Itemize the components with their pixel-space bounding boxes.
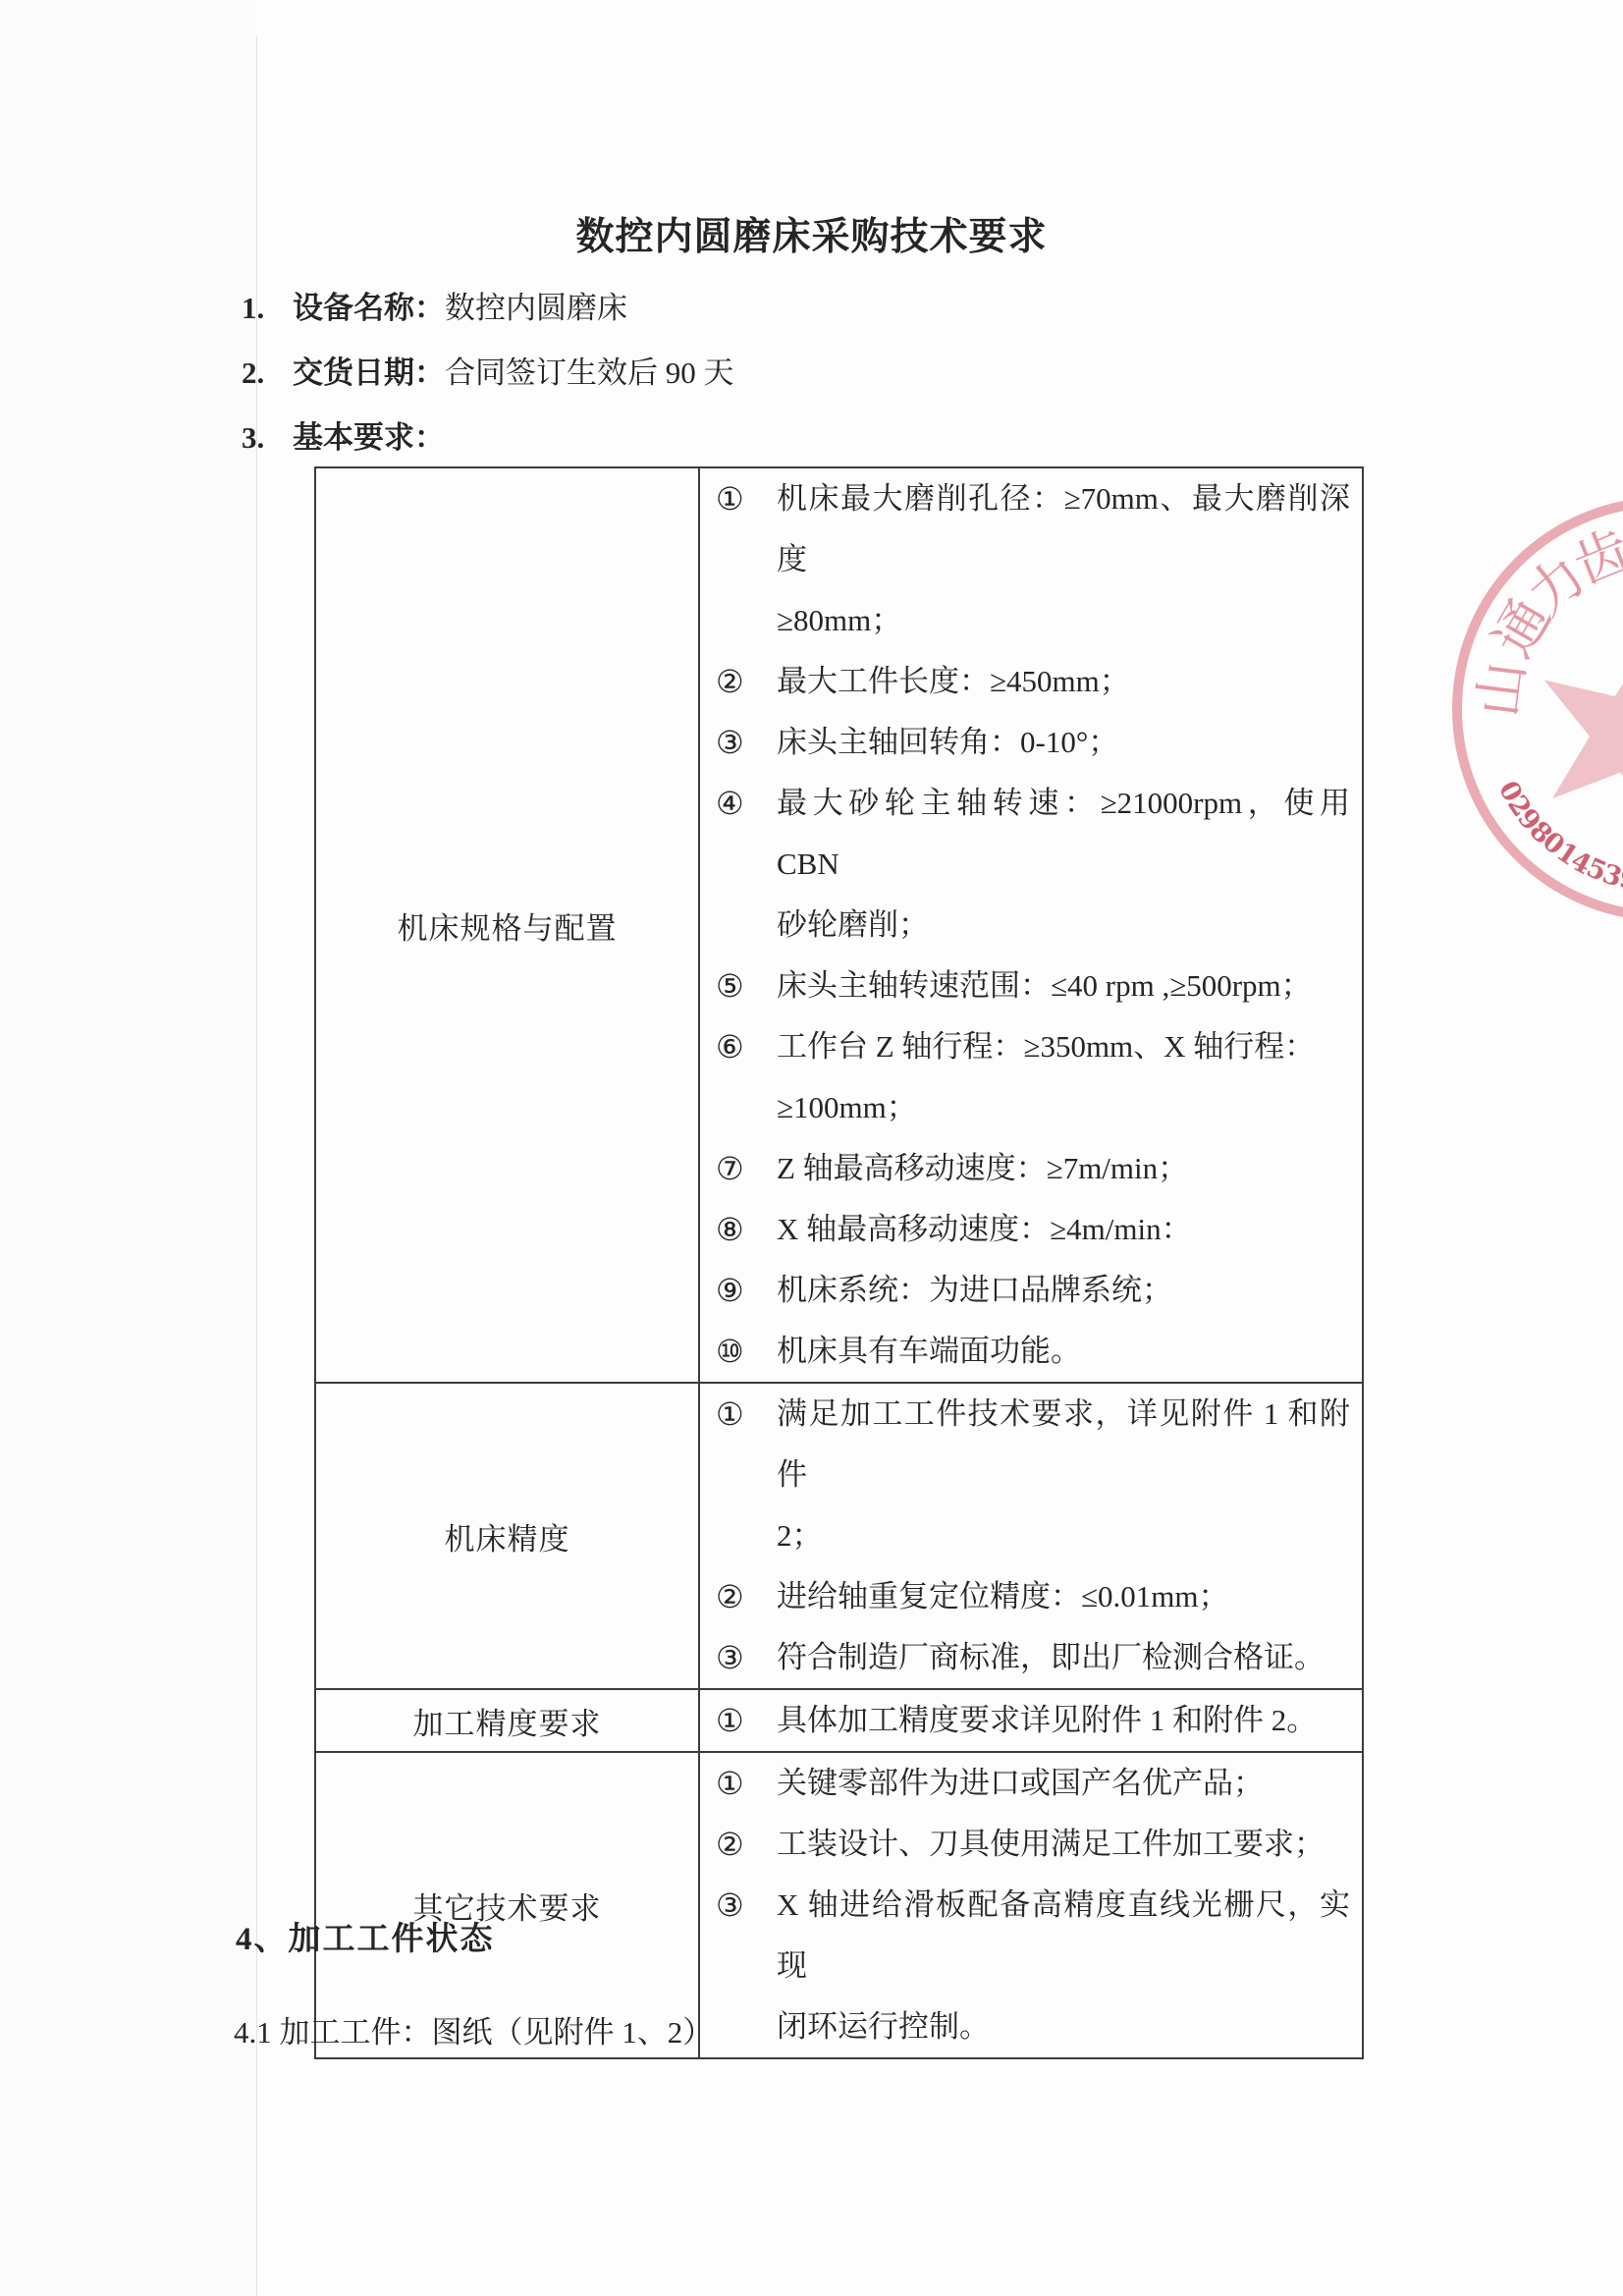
seal-serial-digit: 8 — [1523, 815, 1557, 849]
table-row: 加工精度要求 ①具体加工精度要求详见附件 1 和附件 2。 — [315, 1689, 1363, 1752]
circled-number: ② — [716, 1566, 777, 1627]
requirement-item: ④最大砂轮主轴转速：≥21000rpm，使用 CBN 砂轮磨削； — [716, 773, 1350, 956]
requirement-item: ②工装设计、刀具使用满足工件加工要求； — [716, 1814, 1350, 1875]
numbered-item-3: 3.基本要求： — [242, 412, 445, 457]
requirement-item: ②进给轴重复定位精度：≤0.01mm； — [716, 1566, 1350, 1627]
requirement-text: 最大砂轮主轴转速：≥21000rpm，使用 CBN 砂轮磨削； — [777, 773, 1350, 956]
seal-arc-char: 力 — [1517, 545, 1598, 628]
requirement-text: 最大工件长度：≥450mm； — [777, 651, 1350, 712]
circled-number: ④ — [716, 773, 777, 834]
circled-number: ① — [716, 1753, 777, 1814]
numbered-item-2: 2.交货日期：合同签订生效后 90 天 — [242, 348, 734, 392]
requirement-text: X 轴最高移动速度：≥4m/min： — [777, 1199, 1350, 1260]
requirements-cell: ①具体加工精度要求详见附件 1 和附件 2。 — [699, 1689, 1363, 1752]
requirement-text: 符合制造厂商标准，即出厂检测合格证。 — [777, 1627, 1350, 1688]
circled-number: ⑤ — [716, 956, 777, 1016]
requirements-cell: ①机床最大磨削孔径：≥70mm、最大磨削深度 ≥80mm； ②最大工件长度：≥4… — [699, 467, 1363, 1383]
circled-number: ① — [716, 468, 777, 529]
seal-serial-digit: 2 — [1501, 791, 1537, 823]
table-row: 机床规格与配置 ①机床最大磨削孔径：≥70mm、最大磨削深度 ≥80mm； ②最… — [315, 467, 1363, 1383]
requirement-item: ①具体加工精度要求详见附件 1 和附件 2。 — [716, 1690, 1350, 1751]
item-value: 数控内圆磨床 — [445, 291, 627, 325]
circled-number: ⑧ — [716, 1199, 777, 1260]
category-cell: 机床精度 — [315, 1383, 699, 1689]
circled-number: ① — [716, 1384, 777, 1445]
requirement-item: ⑩机床具有车端面功能。 — [716, 1321, 1350, 1382]
page-edge-shading — [0, 0, 256, 2296]
seal-serial-digit: 1 — [1551, 837, 1584, 872]
circled-number: ⑦ — [716, 1138, 777, 1199]
requirement-item: ③床头主轴回转角：0-10°； — [716, 712, 1350, 773]
requirement-item: ⑥工作台 Z 轴行程：≥350mm、X 轴行程： ≥100mm； — [716, 1016, 1350, 1138]
circled-number: ⑥ — [716, 1016, 777, 1077]
seal-serial-digit: 0 — [1492, 776, 1528, 806]
requirement-text: 床头主轴回转角：0-10°； — [777, 712, 1350, 773]
doc-title: 数控内圆磨床采购技术要求 — [0, 206, 1623, 261]
seal-serial-digit: 3 — [1598, 858, 1623, 893]
seal-serial-digit: 0 — [1537, 826, 1570, 861]
item-number: 3. — [242, 420, 293, 456]
document-page: 数控内圆磨床采购技术要求 1.设备名称：数控内圆磨床 2.交货日期：合同签订生效… — [0, 0, 1623, 2296]
requirement-text: 工作台 Z 轴行程：≥350mm、X 轴行程： ≥100mm； — [777, 1016, 1350, 1138]
requirement-text: Z 轴最高移动速度：≥7m/min； — [777, 1138, 1350, 1199]
circled-number: ① — [716, 1690, 777, 1751]
circled-number: ② — [716, 651, 777, 712]
requirement-text: 机床具有车端面功能。 — [777, 1321, 1350, 1382]
item-label: 基本要求： — [293, 420, 445, 455]
requirement-text: 具体加工精度要求详见附件 1 和附件 2。 — [777, 1690, 1350, 1751]
requirement-text: 床头主轴转速范围：≤40 rpm ,≥500rpm； — [777, 956, 1350, 1016]
seal-arc-char: 山 — [1469, 658, 1536, 720]
requirement-item: ⑨机床系统：为进口品牌系统； — [716, 1260, 1350, 1321]
seal-arc-char: 通 — [1483, 589, 1563, 667]
seal-serial-digit: 5 — [1582, 852, 1610, 888]
item-value: 合同签订生效后 90 天 — [445, 355, 734, 390]
category-cell: 加工精度要求 — [315, 1689, 699, 1752]
requirements-cell: ①关键零部件为进口或国产名优产品； ②工装设计、刀具使用满足工件加工要求； ③X… — [699, 1752, 1363, 2058]
circled-number: ③ — [716, 712, 777, 773]
requirement-item: ③X 轴进给滑板配备高精度直线光栅尺，实现 闭环运行控制。 — [716, 1875, 1350, 2057]
circled-number: ⑩ — [716, 1321, 777, 1382]
requirement-item: ③符合制造厂商标准，即出厂检测合格证。 — [716, 1627, 1350, 1688]
requirement-text: 关键零部件为进口或国产名优产品； — [777, 1753, 1350, 1814]
section-4-1-line: 4.1 加工工件：图纸（见附件 1、2） — [234, 2007, 713, 2051]
requirement-item: ①满足加工工件技术要求，详见附件 1 和附件 2； — [716, 1384, 1350, 1566]
requirement-text: 机床系统：为进口品牌系统； — [777, 1260, 1350, 1321]
requirement-item: ⑧X 轴最高移动速度：≥4m/min： — [716, 1199, 1350, 1260]
item-label: 设备名称： — [293, 291, 445, 325]
requirement-text: 工装设计、刀具使用满足工件加工要求； — [777, 1814, 1350, 1875]
circled-number: ② — [716, 1814, 777, 1875]
requirement-text: X 轴进给滑板配备高精度直线光栅尺，实现 闭环运行控制。 — [777, 1875, 1350, 2057]
circled-number: ⑨ — [716, 1260, 777, 1321]
item-number: 1. — [242, 291, 293, 326]
circled-number: ③ — [716, 1627, 777, 1688]
requirements-table: 机床规格与配置 ①机床最大磨削孔径：≥70mm、最大磨削深度 ≥80mm； ②最… — [314, 466, 1364, 2059]
requirement-item: ①机床最大磨削孔径：≥70mm、最大磨削深度 ≥80mm； — [716, 468, 1350, 651]
requirement-item: ⑤床头主轴转速范围：≤40 rpm ,≥500rpm； — [716, 956, 1350, 1016]
numbered-item-1: 1.设备名称：数控内圆磨床 — [242, 283, 627, 327]
category-cell: 机床规格与配置 — [315, 467, 699, 1383]
seal-serial-digit: 9 — [1511, 803, 1546, 837]
seal-serial-digit: 9 — [1617, 863, 1623, 897]
requirement-item: ⑦Z 轴最高移动速度：≥7m/min； — [716, 1138, 1350, 1199]
requirement-item: ②最大工件长度：≥450mm； — [716, 651, 1350, 712]
table-row: 机床精度 ①满足加工工件技术要求，详见附件 1 和附件 2； ②进给轴重复定位精… — [315, 1383, 1363, 1689]
seal-outer-ring — [1457, 502, 1623, 916]
seal-serial-digit: 4 — [1565, 846, 1596, 881]
requirement-item: ①关键零部件为进口或国产名优产品； — [716, 1753, 1350, 1814]
item-number: 2. — [242, 355, 293, 391]
item-label: 交货日期： — [293, 355, 445, 390]
seal-arc-char: 齿 — [1565, 520, 1623, 597]
requirement-text: 机床最大磨削孔径：≥70mm、最大磨削深度 ≥80mm； — [777, 468, 1350, 651]
circled-number: ③ — [716, 1875, 777, 1936]
seal-star-icon — [1517, 612, 1623, 836]
requirement-text: 进给轴重复定位精度：≤0.01mm； — [777, 1566, 1350, 1627]
section-4-heading: 4、加工工件状态 — [236, 1913, 495, 1959]
requirements-cell: ①满足加工工件技术要求，详见附件 1 和附件 2； ②进给轴重复定位精度：≤0.… — [699, 1383, 1363, 1689]
requirement-text: 满足加工工件技术要求，详见附件 1 和附件 2； — [777, 1384, 1350, 1566]
